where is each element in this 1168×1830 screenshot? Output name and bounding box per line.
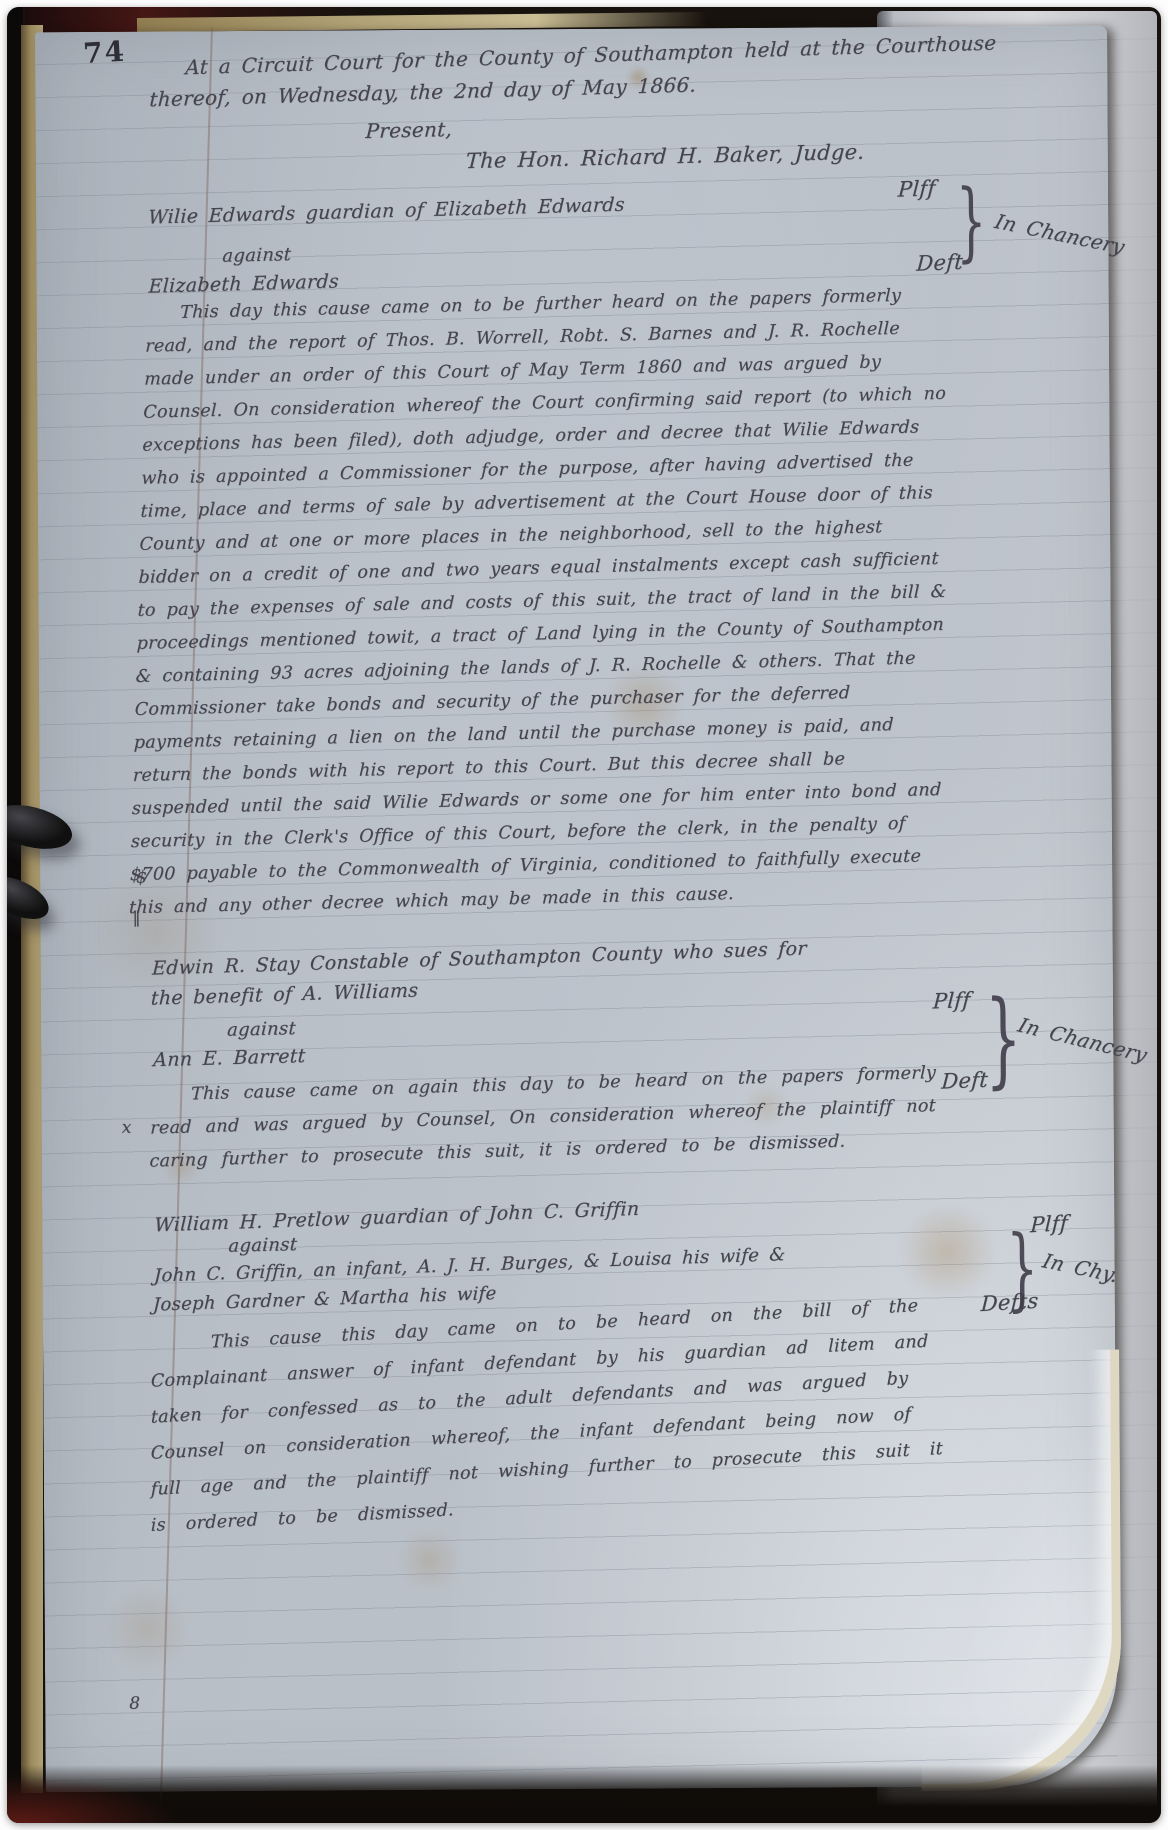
jurisdiction-label: In Chy. xyxy=(1040,1249,1122,1287)
chancery-brace: } xyxy=(956,178,987,264)
judge-line: The Hon. Richard H. Baker, Judge. xyxy=(465,140,865,173)
margin-fee-mark: 8 xyxy=(129,1694,140,1714)
plaintiff-name: William H. Pretlow guardian of John C. G… xyxy=(154,1198,640,1237)
against-label: against xyxy=(227,1018,297,1041)
handwritten-record: 74 At a Circuit Court for the County of … xyxy=(35,26,1118,1793)
gutter-shadow xyxy=(7,1765,1161,1823)
court-session-line: At a Circuit Court for the County of Sou… xyxy=(185,30,997,79)
case-body: This cause came on again this day to be … xyxy=(149,1056,963,1178)
defendant-name: Ann E. Barrett xyxy=(153,1045,306,1071)
against-label: against xyxy=(228,1234,298,1257)
plaintiff-name: Edwin R. Stay Constable of Southampton C… xyxy=(150,934,807,1014)
chancery-brace: } xyxy=(1006,1224,1038,1314)
session-date-line: thereof, on Wednesday, the 2nd day of Ma… xyxy=(149,72,697,111)
margin-check-mark: ‖ xyxy=(132,908,140,927)
case-body: This day this cause came on to be furthe… xyxy=(129,278,959,925)
ledger-page: 74 At a Circuit Court for the County of … xyxy=(35,26,1118,1793)
chancery-brace: } xyxy=(985,986,1022,1090)
book-cover-corner xyxy=(7,1777,177,1823)
against-label: against xyxy=(222,244,292,267)
plaintiff-label: Plff xyxy=(897,176,936,202)
page-number: 74 xyxy=(82,35,127,70)
margin-fee-mark: x xyxy=(122,1118,132,1138)
present-label: Present, xyxy=(365,117,453,143)
case-body: This cause this day came on to be heard … xyxy=(151,1286,950,1543)
photograph-of-ledger: 74 At a Circuit Court for the County of … xyxy=(7,7,1161,1823)
margin-fee-mark: $ xyxy=(136,868,147,888)
plaintiff-label: Plff xyxy=(932,988,971,1014)
plaintiff-name: Wilie Edwards guardian of Elizabeth Edwa… xyxy=(148,194,626,229)
jurisdiction-label: In Chancery xyxy=(992,209,1128,259)
